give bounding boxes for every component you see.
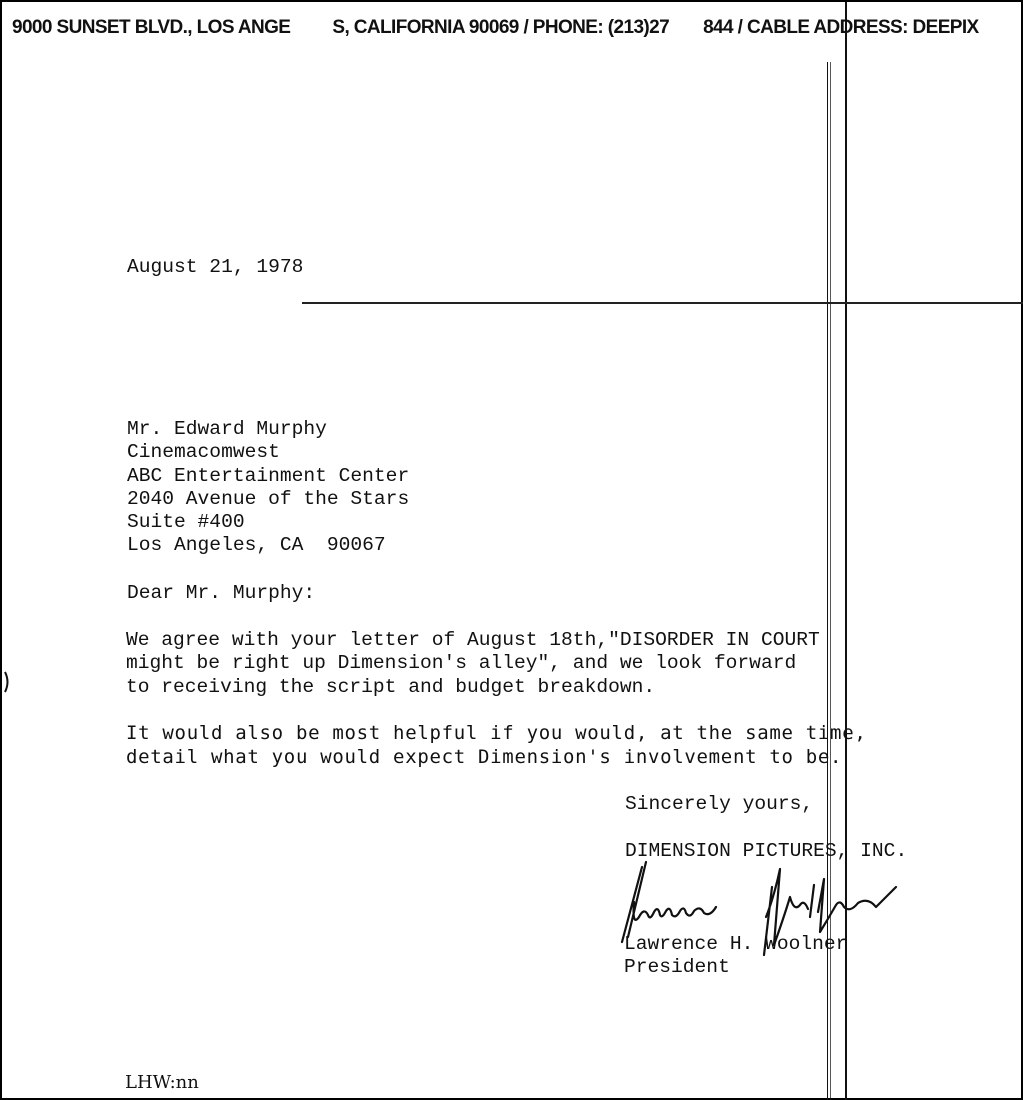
address-line: Suite #400 — [127, 511, 409, 534]
scan-artifact-line — [302, 302, 1023, 304]
scan-artifact-line — [827, 62, 828, 1100]
paragraph-line: might be right up Dimension's alley", an… — [126, 652, 820, 675]
signer-title: President — [624, 956, 847, 979]
letterhead-part-2: S, CALIFORNIA 90069 / PHONE: (213)27 — [332, 17, 669, 38]
body-paragraph-1: We agree with your letter of August 18th… — [126, 629, 820, 699]
paragraph-line: We agree with your letter of August 18th… — [126, 629, 820, 652]
recipient-address: Mr. Edward MurphyCinemacomwestABC Entert… — [127, 418, 409, 558]
address-line: Cinemacomwest — [127, 441, 409, 464]
signer-name: Lawrence H. Woolner — [624, 933, 847, 956]
paragraph-line: to receiving the script and budget break… — [126, 676, 820, 699]
letter-page: 9000 SUNSET BLVD., LOS ANGES, CALIFORNIA… — [0, 0, 1023, 1100]
letter-date: August 21, 1978 — [127, 256, 303, 279]
scan-artifact-line — [845, 2, 847, 1100]
reference-initials: LHW:nn — [125, 1071, 199, 1094]
paragraph-line: detail what you would expect Dimension's… — [126, 745, 866, 769]
scan-edge-mark-icon — [3, 670, 11, 694]
letterhead-part-3: 844 / CABLE ADDRESS: DEEPIX — [703, 17, 979, 38]
address-line: Los Angeles, CA 90067 — [127, 534, 409, 557]
signer-block: Lawrence H. WoolnerPresident — [624, 933, 847, 980]
address-line: ABC Entertainment Center — [127, 465, 409, 488]
body-paragraph-2: It would also be most helpful if you wou… — [126, 721, 866, 769]
paragraph-line: It would also be most helpful if you wou… — [126, 721, 866, 745]
letterhead-address: 9000 SUNSET BLVD., LOS ANGES, CALIFORNIA… — [12, 17, 979, 39]
address-line: 2040 Avenue of the Stars — [127, 488, 409, 511]
salutation: Dear Mr. Murphy: — [127, 582, 315, 605]
closing: Sincerely yours, — [625, 793, 813, 816]
address-line: Mr. Edward Murphy — [127, 418, 409, 441]
letterhead-part-1: 9000 SUNSET BLVD., LOS ANGE — [12, 17, 290, 38]
scan-artifact-line — [830, 62, 831, 1100]
